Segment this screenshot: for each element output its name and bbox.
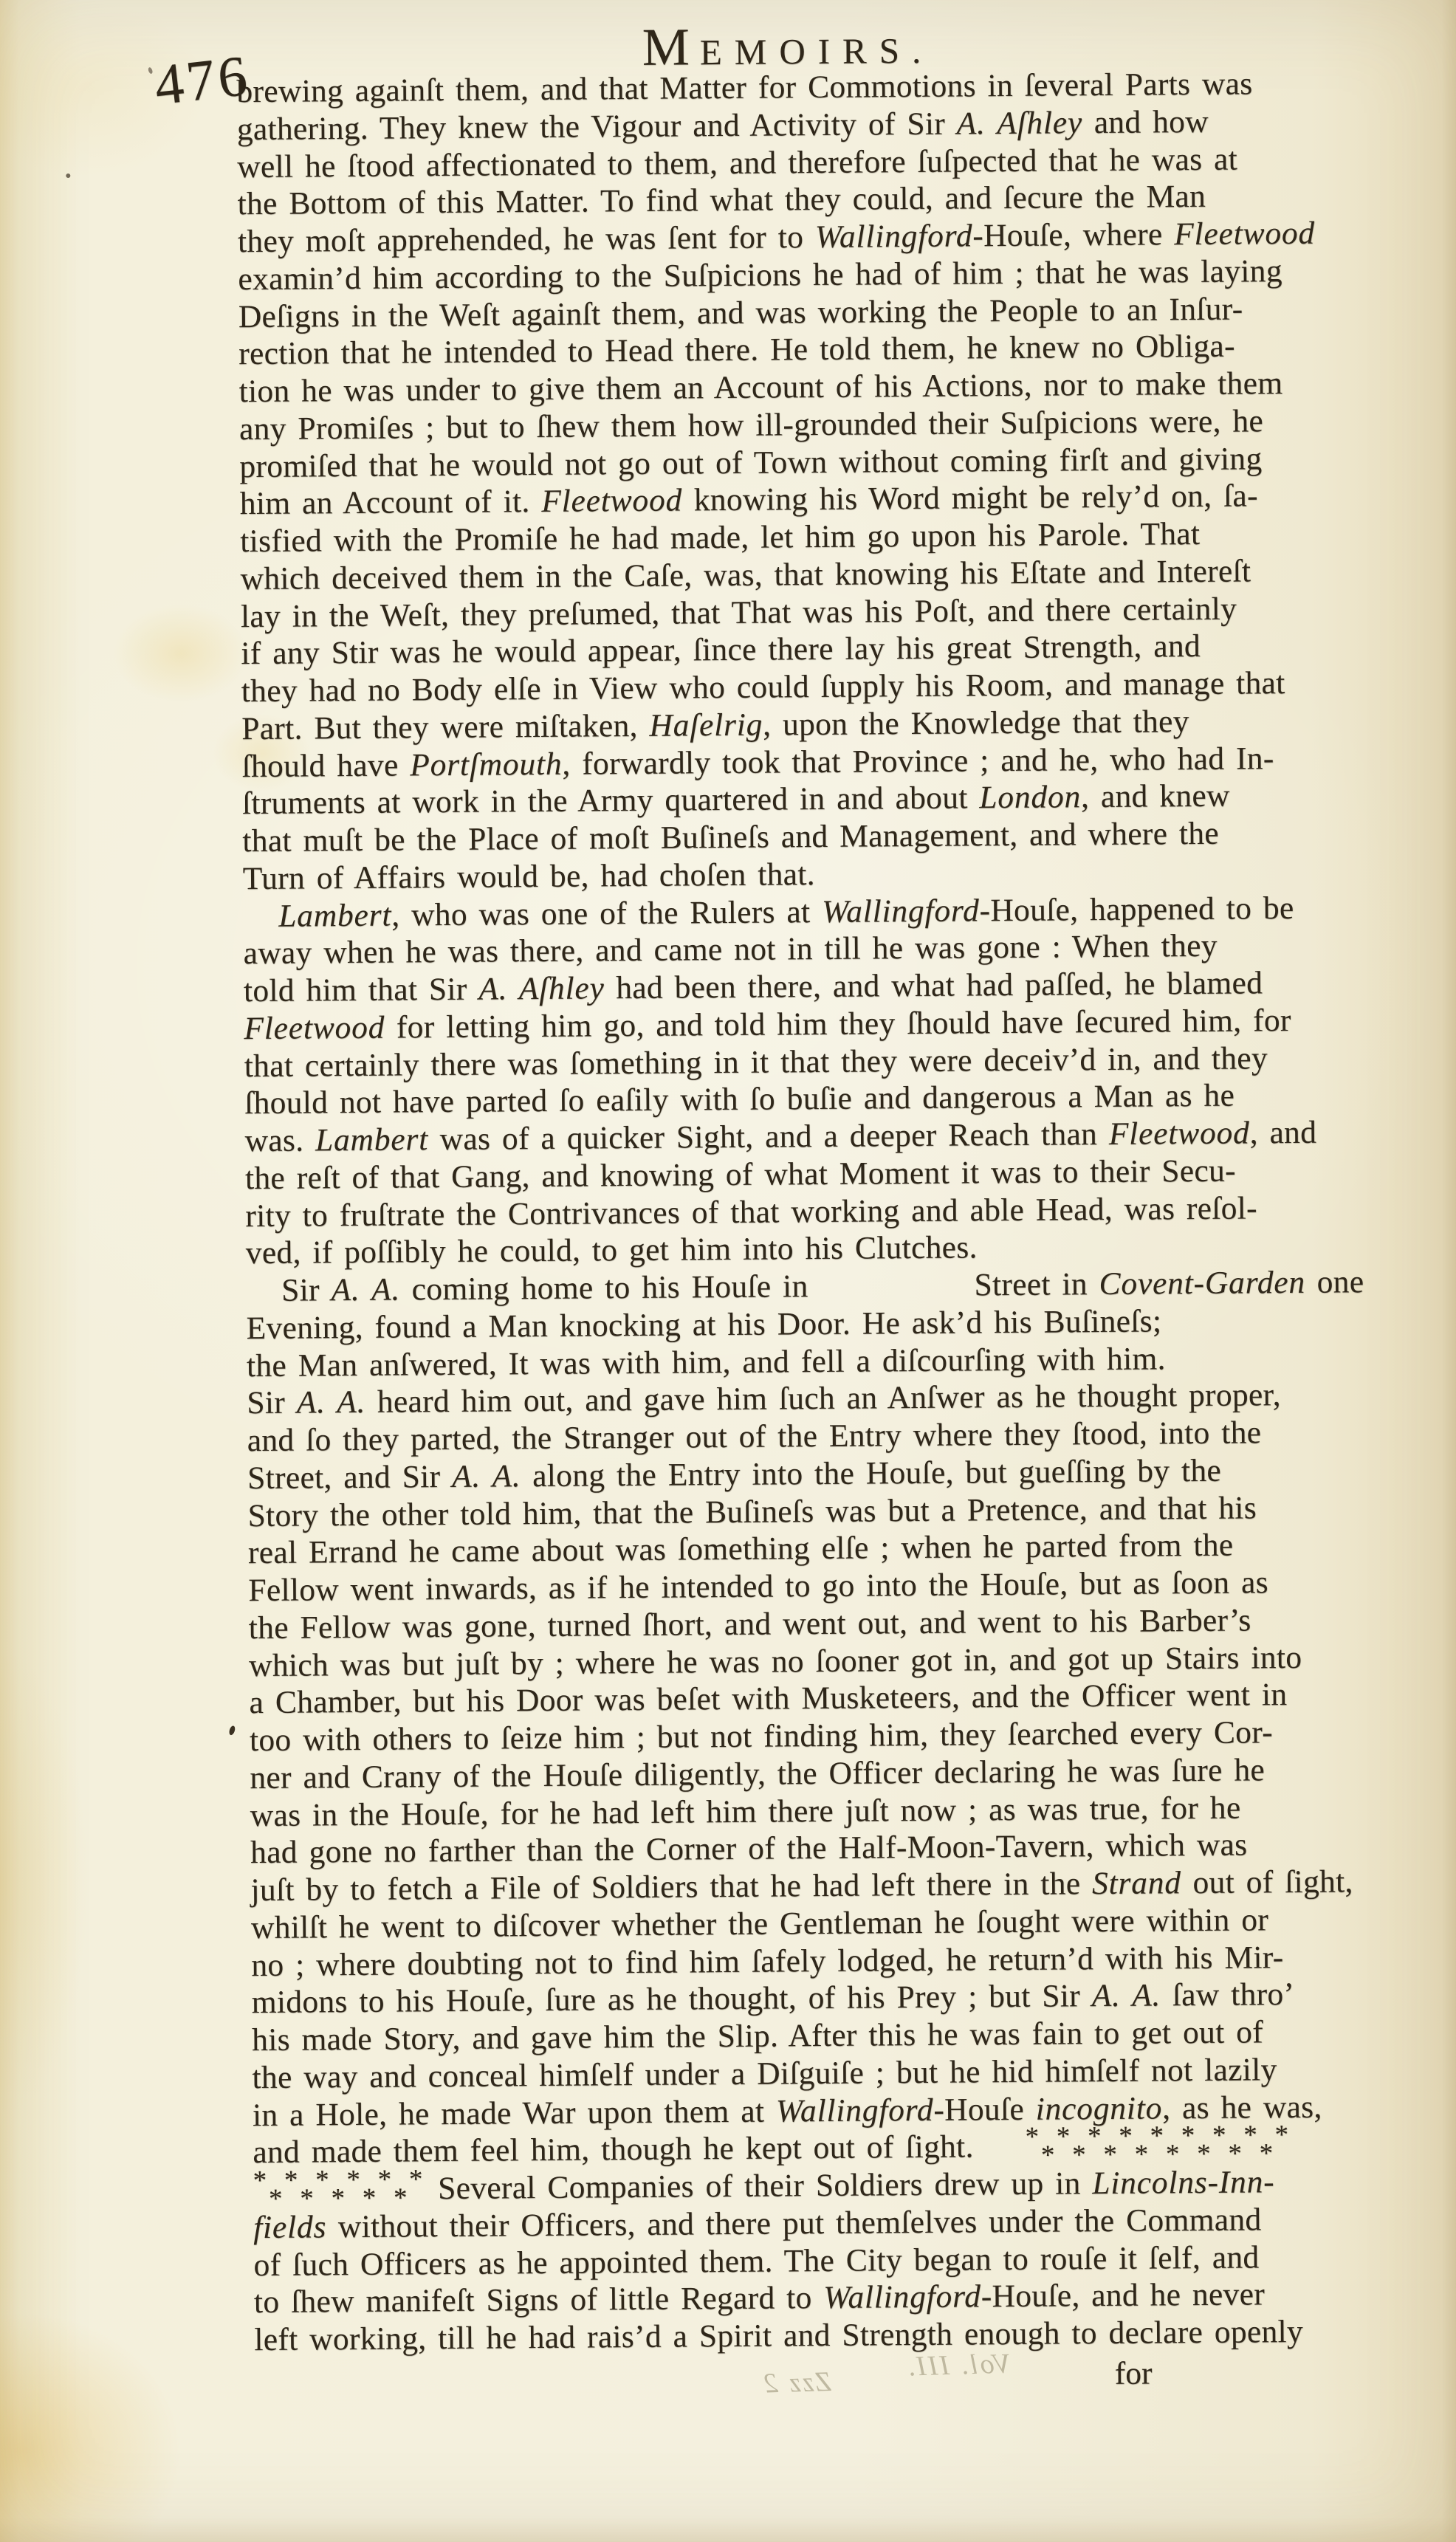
- text-line: left working, till he had rais’d a Spiri…: [254, 2312, 1406, 2359]
- text-segment: Street in: [974, 1266, 1099, 1302]
- header-title-text: EMOIRS.: [700, 30, 934, 72]
- text-segment: the reſt of that Gang, and knowing of wh…: [245, 1153, 1236, 1196]
- text-segment: tion he was under to give them an Accoun…: [238, 365, 1282, 409]
- text-segment: , upon the Knowledge that they: [763, 704, 1189, 743]
- text-segment: had been there, and what had paſſed, he …: [604, 965, 1263, 1006]
- text-segment: left working, till he had rais’d a Spiri…: [254, 2314, 1303, 2357]
- italic-text-segment: Fleetwood: [1109, 1115, 1250, 1151]
- text-segment: well he ſtood affectionated to them, and…: [237, 141, 1237, 185]
- text-segment: no ; where doubting not to find him ſafe…: [251, 1940, 1283, 1983]
- text-segment: lay in the Weſt, they preſumed, that Tha…: [241, 591, 1237, 634]
- text-segment: ner and Crany of the Houſe diligently, t…: [250, 1752, 1265, 1796]
- text-segment: which was but juſt by ; where he was no …: [249, 1639, 1302, 1683]
- italic-text-segment: Wallingford: [776, 2092, 934, 2129]
- italic-text-segment: Fleetwood: [244, 1009, 385, 1045]
- italic-text-segment: A. A.: [331, 1271, 400, 1308]
- italic-text-segment: Lambert: [278, 897, 391, 933]
- text-segment: any Promiſes ; but to ſhew them how ill-…: [239, 403, 1263, 447]
- italic-text-segment: Fleetwood: [541, 483, 682, 519]
- text-segment: -Houſe: [933, 2091, 1036, 2127]
- text-segment: told him that Sir: [244, 972, 479, 1009]
- text-segment: ſhould not have parted ſo eaſily with ſo…: [244, 1078, 1234, 1121]
- text-segment: which deceived them in the Caſe, was, th…: [240, 553, 1251, 597]
- text-segment: Fellow went inwards, as if he intended t…: [248, 1564, 1268, 1608]
- text-segment: , and: [1249, 1115, 1316, 1151]
- text-segment: ſaw thro’: [1161, 1976, 1294, 2013]
- text-segment: Street, and Sir: [247, 1459, 452, 1496]
- italic-text-segment: Strand: [1092, 1865, 1181, 1901]
- text-segment: heard him out, and gave him ſuch an Anſw…: [365, 1377, 1281, 1420]
- text-segment: Sir: [247, 1385, 297, 1421]
- text-segment: -Houſe, and he never: [981, 2277, 1266, 2315]
- italic-text-segment: A. A.: [297, 1384, 366, 1421]
- asterisk-block: * * * * * * * * ** * * * * * * *: [1025, 2127, 1292, 2166]
- catchword: for: [1115, 2355, 1153, 2392]
- italic-text-segment: A. Aſhley: [957, 105, 1083, 141]
- text-segment: rity to fruſtrate the Contrivances of th…: [245, 1190, 1257, 1234]
- text-segment: had gone no farther than the Corner of t…: [250, 1827, 1248, 1871]
- text-segment: tisfied with the Promiſe he had made, le…: [240, 516, 1200, 559]
- text-segment: Several Companies of their Soldiers drew…: [426, 2165, 1092, 2206]
- ink-speck: [66, 174, 70, 178]
- text-segment: Sir: [281, 1272, 332, 1308]
- text-segment: real Errand he came about was ſomething …: [248, 1528, 1234, 1570]
- text-segment: they moſt apprehended, he was ſent for t…: [238, 219, 815, 259]
- text-segment: and ſo they parted, the Stranger out of …: [247, 1415, 1262, 1458]
- text-segment: was of a quicker Sight, and a deeper Rea…: [428, 1116, 1109, 1157]
- text-segment: without their Officers, and there put th…: [326, 2202, 1262, 2244]
- italic-text-segment: Haſelrig: [649, 707, 763, 743]
- italic-text-segment: London: [979, 779, 1081, 815]
- italic-text-segment: Portſmouth: [410, 746, 563, 783]
- text-segment: brewing againſt them, and that Matter fo…: [236, 66, 1252, 109]
- ink-speck: [228, 1725, 236, 1737]
- text-segment: promiſed that he would not go out of Tow…: [239, 441, 1262, 484]
- text-segment: , forwardly took that Province ; and he,…: [562, 741, 1274, 782]
- body-text-block: brewing againſt them, and that Matter fo…: [236, 64, 1406, 2359]
- text-segment: along the Entry into the Houſe, but gueſ…: [521, 1453, 1221, 1494]
- text-segment: examin’d him according to the Suſpicions…: [238, 253, 1282, 297]
- header-initial-letter: M: [642, 17, 700, 77]
- text-segment: for letting him go, and told him they ſh…: [385, 1003, 1291, 1045]
- text-segment: , who was one of the Rulers at: [391, 893, 822, 932]
- printed-area: 476 MEMOIRS. brewing againſt them, and t…: [0, 0, 1456, 2542]
- italic-text-segment: A. A.: [452, 1458, 521, 1494]
- text-segment: away when he was there, and came not in …: [243, 928, 1218, 971]
- text-segment: the Bottom of this Matter. To find what …: [237, 179, 1206, 221]
- text-segment: ſhould have: [241, 747, 410, 784]
- text-segment: -Houſe, where: [972, 216, 1174, 253]
- text-segment: the Fellow was gone, turned ſhort, and w…: [249, 1602, 1251, 1646]
- text-segment: rection that he intended to Head there. …: [238, 329, 1235, 372]
- text-segment: Deſigns in the Weſt againſt them, and wa…: [238, 291, 1243, 334]
- text-segment: if any Stir was he would appear, ſince t…: [241, 628, 1201, 671]
- text-segment: too with others to ſeize him ; but not f…: [250, 1714, 1273, 1758]
- text-segment: ſtruments at work in the Army quartered …: [242, 780, 980, 822]
- text-segment: that muſt be the Place of moſt Buſineſs …: [242, 816, 1219, 859]
- italic-text-segment: Wallingford: [822, 893, 980, 930]
- text-segment: that certainly there was ſomething in it…: [244, 1040, 1268, 1084]
- showthrough-volume-mark: Vol. III.: [905, 2348, 1011, 2383]
- text-segment: midons to his Houſe, ſure as he thought,…: [252, 1978, 1092, 2020]
- text-segment: they had no Body elſe in View who could …: [241, 665, 1285, 709]
- asterisk-block: * * * * * ** * * * *: [253, 2171, 427, 2210]
- text-segment: Turn of Affairs would be, had choſen tha…: [243, 856, 815, 896]
- text-segment: of ſuch Officers as he appointed them. T…: [253, 2239, 1259, 2283]
- italic-text-segment: Fleetwood: [1174, 216, 1315, 252]
- blank-space: [808, 1294, 975, 1296]
- italic-text-segment: A. Aſhley: [478, 970, 605, 1006]
- scanned-book-page: 476 MEMOIRS. brewing againſt them, and t…: [0, 0, 1456, 2542]
- italic-text-segment: fields: [253, 2209, 326, 2245]
- text-segment: coming home to his Houſe in: [400, 1268, 808, 1307]
- showthrough-signature-mark: Zzz 2: [761, 2366, 831, 2400]
- text-segment: juſt by to fetch a File of Soldiers that…: [250, 1866, 1092, 1908]
- text-segment: a Chamber, but his Door was beſet with M…: [249, 1677, 1287, 1720]
- text-segment: out of ſight,: [1181, 1863, 1353, 1900]
- text-segment: the way and conceal himſelf under a Diſg…: [252, 2052, 1277, 2095]
- text-segment: his made Story, and gave him the Slip. A…: [252, 2014, 1263, 2058]
- text-segment: -Houſe, happened to be: [979, 890, 1294, 927]
- text-segment: Story the other told him, that the Buſin…: [247, 1490, 1257, 1533]
- text-segment: him an Account of it.: [240, 484, 542, 521]
- text-segment: was in the Houſe, for he had left him th…: [250, 1790, 1241, 1833]
- text-segment: one: [1305, 1264, 1364, 1300]
- text-segment: knowing his Word might be rely’d on, ſa-: [682, 478, 1258, 518]
- text-segment: was.: [244, 1122, 315, 1158]
- text-segment: Evening, found a Man knocking at his Doo…: [246, 1303, 1161, 1346]
- text-segment: , and knew: [1081, 778, 1230, 815]
- italic-text-segment: Wallingford: [823, 2279, 981, 2316]
- text-segment: Part. But they were miſtaken,: [241, 708, 650, 746]
- text-segment: to ſhew manifeſt Signs of little Regard …: [254, 2280, 824, 2320]
- text-segment: gathering. They knew the Vigour and Acti…: [237, 106, 957, 147]
- text-segment: in a Hole, he made War upon them at: [253, 2093, 776, 2133]
- italic-text-segment: A. A.: [1091, 1978, 1161, 2014]
- text-segment: and how: [1082, 104, 1209, 140]
- text-segment: the Man anſwered, It was with him, and f…: [247, 1341, 1166, 1384]
- text-segment: ved, if poſſibly he could, to get him in…: [246, 1230, 978, 1271]
- italic-text-segment: Wallingford: [815, 218, 973, 255]
- italic-text-segment: Lambert: [315, 1121, 428, 1158]
- italic-text-segment: Covent-Garden: [1099, 1265, 1305, 1302]
- text-segment: whilſt he went to diſcover whether the G…: [251, 1902, 1268, 1945]
